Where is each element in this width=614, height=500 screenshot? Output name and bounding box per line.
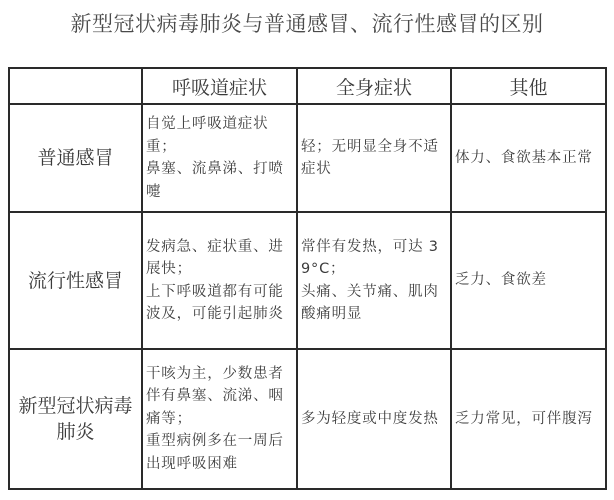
cell-line: 乏力常见，可伴腹泻 — [455, 408, 602, 431]
table-row: 流行性感冒 发病急、症状重、进展快； 上下呼吸道都有可能波及，可能引起肺炎 常伴… — [9, 212, 606, 349]
cell-respiratory: 自觉上呼吸道症状重； 鼻塞、流鼻涕、打喷嚏 — [142, 104, 297, 212]
table-row: 普通感冒 自觉上呼吸道症状重； 鼻塞、流鼻涕、打喷嚏 轻；无明显全身不适症状 体… — [9, 104, 606, 212]
header-systemic: 全身症状 — [297, 68, 451, 104]
cell-line: 体力、食欲基本正常 — [455, 147, 602, 170]
cell-line: 上下呼吸道都有可能波及，可能引起肺炎 — [146, 281, 293, 326]
table-header-row: 呼吸道症状 全身症状 其他 — [9, 68, 606, 104]
cell-line: 乏力、食欲差 — [455, 269, 602, 292]
cell-line: 重型病例多在一周后出现呼吸困难 — [146, 430, 293, 475]
cell-line: 轻；无明显全身不适症状 — [301, 136, 447, 181]
cell-line: 多为轻度或中度发热 — [301, 408, 447, 431]
header-other: 其他 — [451, 68, 606, 104]
cell-line: 常伴有发热，可达 39°C； — [301, 236, 447, 281]
cell-other: 乏力、食欲差 — [451, 212, 606, 349]
page-title: 新型冠状病毒肺炎与普通感冒、流行性感冒的区别 — [0, 8, 614, 38]
cell-line: 发病急、症状重、进展快； — [146, 236, 293, 281]
cell-systemic: 轻；无明显全身不适症状 — [297, 104, 451, 212]
cell-respiratory: 发病急、症状重、进展快； 上下呼吸道都有可能波及，可能引起肺炎 — [142, 212, 297, 349]
row-label-covid19: 新型冠状病毒肺炎 — [9, 349, 142, 489]
cell-line: 自觉上呼吸道症状重； — [146, 113, 293, 158]
table-row: 新型冠状病毒肺炎 干咳为主，少数患者伴有鼻塞、流涕、咽痛等； 重型病例多在一周后… — [9, 349, 606, 489]
cell-systemic: 常伴有发热，可达 39°C； 头痛、关节痛、肌肉酸痛明显 — [297, 212, 451, 349]
cell-line: 鼻塞、流鼻涕、打喷嚏 — [146, 158, 293, 203]
header-respiratory: 呼吸道症状 — [142, 68, 297, 104]
cell-line: 干咳为主，少数患者伴有鼻塞、流涕、咽痛等； — [146, 363, 293, 431]
cell-systemic: 多为轻度或中度发热 — [297, 349, 451, 489]
cell-other: 体力、食欲基本正常 — [451, 104, 606, 212]
row-label-influenza: 流行性感冒 — [9, 212, 142, 349]
header-empty — [9, 68, 142, 104]
cell-respiratory: 干咳为主，少数患者伴有鼻塞、流涕、咽痛等； 重型病例多在一周后出现呼吸困难 — [142, 349, 297, 489]
comparison-table: 呼吸道症状 全身症状 其他 普通感冒 自觉上呼吸道症状重； 鼻塞、流鼻涕、打喷嚏… — [8, 67, 607, 490]
cell-other: 乏力常见，可伴腹泻 — [451, 349, 606, 489]
cell-line: 头痛、关节痛、肌肉酸痛明显 — [301, 281, 447, 326]
row-label-common-cold: 普通感冒 — [9, 104, 142, 212]
